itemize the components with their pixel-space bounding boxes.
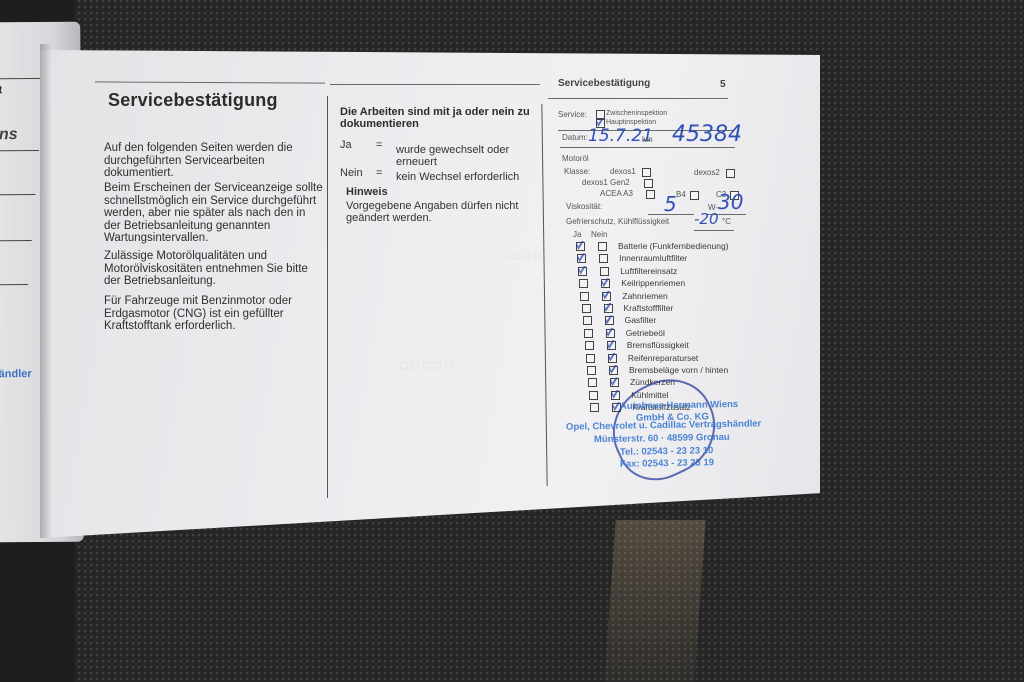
viscosity-value[interactable]: 5 <box>664 192 677 216</box>
checkbox-ja[interactable] <box>587 366 596 375</box>
checkbox-nein[interactable] <box>600 267 609 276</box>
left-page-rule <box>0 150 39 151</box>
intro-paragraph-2: Beim Erscheinen der Serviceanzeige sollt… <box>104 182 324 245</box>
form-header: Servicebestätigung <box>558 78 650 89</box>
column-ja: Ja <box>573 230 581 239</box>
stamp-line: Tel.: 02543 - 23 23 10 <box>620 445 713 458</box>
class-dexos1: dexos1 <box>610 167 636 176</box>
class-b4: B4 <box>676 190 686 199</box>
column-divider-1 <box>327 96 328 498</box>
checkbox-b4[interactable] <box>690 191 699 200</box>
service-item-label: Innenraumluftfilter <box>619 253 687 263</box>
left-page-stamp-fragment: ändler <box>0 368 32 380</box>
header-rule-mid <box>330 84 540 85</box>
checkbox-ja[interactable] <box>577 254 586 263</box>
stamp-line: Fax: 02543 - 23 23 19 <box>620 457 714 470</box>
checkbox-ja[interactable] <box>578 267 587 276</box>
left-page-rule <box>0 240 32 241</box>
left-page-rule <box>0 284 28 285</box>
checkbox-ja[interactable] <box>576 242 585 251</box>
option-hauptinspektion: Hauptinspektion <box>606 119 656 126</box>
note-text: Vorgegebene Angaben dürfen nicht geänder… <box>346 200 546 224</box>
viscosity-label: Viskosität: <box>566 202 602 211</box>
legend-ja-value: wurde gewechselt oder erneuert <box>396 144 526 168</box>
legend-ja-key: Ja <box>340 139 352 151</box>
date-label: Datum: <box>562 133 588 142</box>
km-value[interactable]: 45384 <box>672 122 742 147</box>
checkbox-zwischeninspektion[interactable] <box>596 110 605 119</box>
option-zwischeninspektion: Zwischeninspektion <box>606 110 667 117</box>
viscosity-underline <box>648 214 694 215</box>
header-rule-right <box>548 98 728 99</box>
legend-nein-key: Nein <box>340 167 363 179</box>
left-page-fragment: t <box>0 84 2 96</box>
checkbox-ja[interactable] <box>588 378 597 387</box>
legend-nein-value: kein Wechsel erforderlich <box>396 171 519 183</box>
class-dexos2: dexos2 <box>694 168 720 177</box>
service-item-label: Reifenreparaturset <box>628 353 698 363</box>
class-acea-a3: ACEA A3 <box>600 189 633 198</box>
checkbox-nein[interactable] <box>598 242 607 251</box>
left-page-logo-fragment: ns <box>0 126 18 144</box>
legend-nein-eq: = <box>376 167 382 179</box>
service-label: Service: <box>558 110 587 119</box>
intro-paragraph-4: Für Fahrzeuge mit Benzinmotor oder Erdga… <box>104 295 324 333</box>
checkbox-acea-a3[interactable] <box>646 190 655 199</box>
service-item-label: Keilrippenriemen <box>621 278 685 288</box>
class-dexos1-gen2: dexos1 Gen2 <box>582 178 630 187</box>
checkbox-nein[interactable] <box>610 378 619 387</box>
checkbox-nein[interactable] <box>601 279 610 288</box>
legend-ja-eq: = <box>376 139 382 151</box>
light-reflection <box>604 520 705 682</box>
service-item-label: Zahnriemen <box>622 291 667 301</box>
left-page-rule <box>0 78 45 79</box>
page-number: 5 <box>720 79 726 90</box>
antifreeze-underline <box>694 230 734 231</box>
antifreeze-unit: °C <box>722 217 731 226</box>
class-label: Klasse: <box>564 167 590 176</box>
checkbox-ja[interactable] <box>582 304 591 313</box>
documentation-instruction: Die Arbeiten sind mit ja oder nein zu do… <box>340 106 540 130</box>
left-page-rule <box>0 194 35 195</box>
service-item-label: Bremsflüssigkeit <box>627 340 689 350</box>
checkbox-nein[interactable] <box>609 366 618 375</box>
page-fold-shadow <box>40 44 52 538</box>
checkbox-ja[interactable] <box>585 341 594 350</box>
checkbox-nein[interactable] <box>605 316 614 325</box>
checkbox-ja[interactable] <box>583 316 592 325</box>
column-nein: Nein <box>591 230 607 239</box>
checkbox-nein[interactable] <box>608 354 617 363</box>
stamp-line: Autohaus Hermann Wiens <box>620 399 738 412</box>
checkbox-nein[interactable] <box>611 391 620 400</box>
service-item-label: Gasfilter <box>625 315 657 325</box>
checkbox-nein[interactable] <box>606 329 615 338</box>
checkbox-ja[interactable] <box>590 403 599 412</box>
checkbox-nein[interactable] <box>599 254 608 263</box>
checkbox-dexos1[interactable] <box>642 168 651 177</box>
checkbox-dexos1-gen2[interactable] <box>644 179 653 188</box>
intro-paragraph-3: Zulässige Motorölqualitäten und Motorölv… <box>104 250 324 288</box>
antifreeze-label: Gefrierschutz, Kühlflüssigkeit <box>566 217 669 226</box>
service-item-label: Kraftstofffilter <box>624 303 674 313</box>
viscosity-value2[interactable]: 30 <box>718 190 743 214</box>
page-title: Servicebestätigung <box>108 90 278 111</box>
note-title: Hinweis <box>346 186 388 198</box>
checkbox-nein[interactable] <box>607 341 616 350</box>
form-rule <box>560 147 735 148</box>
checkbox-ja[interactable] <box>584 329 593 338</box>
checkbox-ja[interactable] <box>586 354 595 363</box>
intro-paragraph-1: Auf den folgenden Seiten werden die durc… <box>104 142 324 180</box>
service-item-label: Getriebeöl <box>626 328 665 338</box>
checkbox-nein[interactable] <box>602 292 611 301</box>
checkbox-ja[interactable] <box>589 391 598 400</box>
km-label: km <box>642 135 653 144</box>
service-item-label: Batterie (Funkfernbedienung) <box>618 241 729 251</box>
motoroil-label: Motoröl <box>562 154 589 163</box>
checkbox-dexos2[interactable] <box>726 169 735 178</box>
checkbox-nein[interactable] <box>604 304 613 313</box>
service-item-label: Bremsbeläge vorn / hinten <box>629 365 728 375</box>
antifreeze-value[interactable]: -20 <box>694 210 719 228</box>
checkbox-ja[interactable] <box>579 279 588 288</box>
service-item-label: Luftfiltereinsatz <box>620 266 677 276</box>
checkbox-ja[interactable] <box>580 292 589 301</box>
